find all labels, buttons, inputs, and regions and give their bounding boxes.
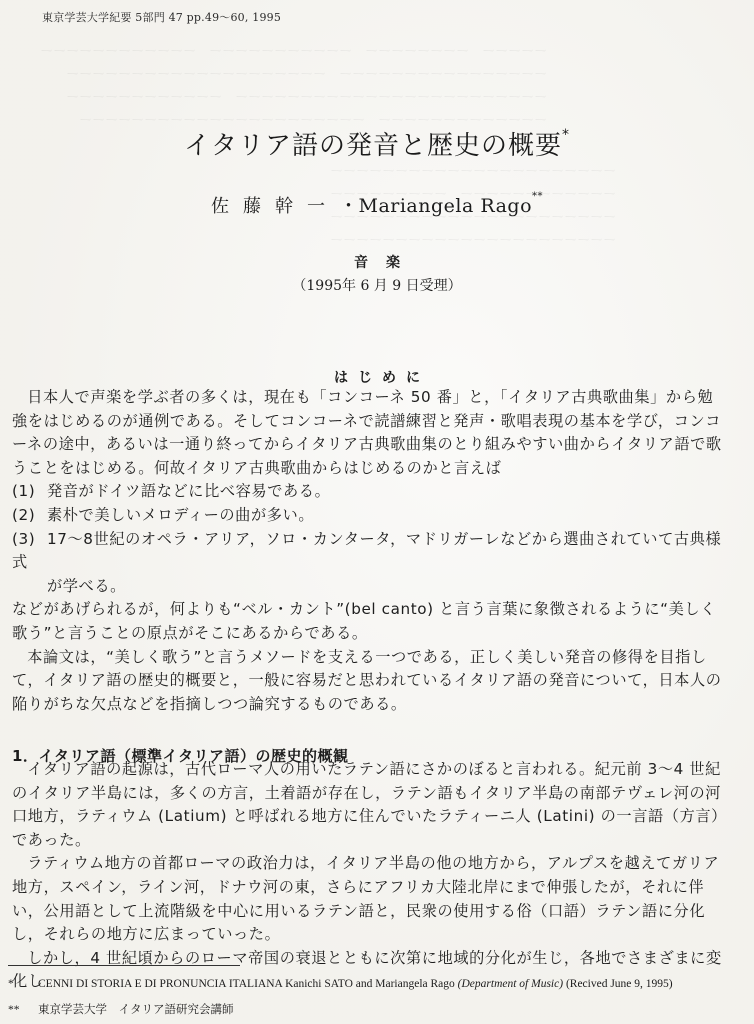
intro-paragraph-1: 日本人で声楽を学ぶ者の多くは，現在も「コンコーネ 50 番」と，「イタリア古典歌… [12,386,724,480]
footnote-english-title: CENNI DI STORIA E DI PRONUNCIA ITALIANA [38,978,282,990]
list-text: 素朴で美しいメロディーの曲が多い。 [47,506,314,524]
intro-list-item-1: (1)発音がドイツ語などに比べ容易である。 [12,480,724,504]
footnote-mark: * [8,978,38,990]
intro-list-item-2: (2)素朴で美しいメロディーの曲が多い。 [12,504,724,528]
list-number: (3) [12,528,47,552]
footnote-department: (Department of Music) [458,978,563,990]
list-number: (1) [12,480,47,504]
author-2-footnote-mark: ** [532,191,543,202]
intro-paragraph-3: 本論文は，“美しく歌う”と言うメソードを支える一つである，正しく美しい発音の修得… [12,646,724,717]
paper-title: イタリア語の発音と歴史の概要* [0,125,754,162]
footnote-mark: ** [8,1004,38,1016]
intro-list-item-3: (3)17～8世紀のオペラ・アリア，ソロ・カンタータ，マドリガーレなどから選曲さ… [12,528,724,575]
department: 音楽 [0,252,754,272]
scanned-page: ーーーーー ーーーーーーーー ーーーーーーーーーーー ーーーーーーーーーーーー … [0,0,754,1024]
paper-title-text: イタリア語の発音と歴史の概要 [184,131,562,161]
running-head: 東京学芸大学紀要 5部門 47 pp.49～60, 1995 [42,9,281,25]
title-footnote-mark: * [562,127,570,143]
intro-heading: はじめに [0,367,754,387]
intro-body: 日本人で声楽を学ぶ者の多くは，現在も「コンコーネ 50 番」と，「イタリア古典歌… [12,386,724,716]
intro-paragraph-2: などがあげられるが，何よりも“ベル・カント”(bel canto) と言う言葉に… [12,598,724,645]
author-1: 佐藤幹一 [211,196,339,217]
author-line: 佐藤幹一・Mariangela Rago** [0,191,754,218]
author-separator: ・ [339,195,359,217]
section-1-body: イタリア語の起源は，古代ローマ人の用いたラテン語にさかのぼると言われる。紀元前 … [12,758,724,994]
footnote-authors: Kanichi SATO and Mariangela Rago [282,978,457,990]
author-2: Mariangela Rago [358,195,532,217]
section-1-paragraph-1: イタリア語の起源は，古代ローマ人の用いたラテン語にさかのぼると言われる。紀元前 … [12,758,724,852]
footnote-divider [8,965,240,966]
bleed-through-texture: ーーーーー ーーーーーーーー ーーーーーーーーーーー ーーーーーーーーーーーー … [40,40,547,132]
footnote-2: **東京学芸大学 イタリア語研究会講師 [8,1001,234,1017]
intro-list-item-3-continued: が学べる。 [12,575,724,599]
list-text: 発音がドイツ語などに比べ容易である。 [47,482,330,500]
footnote-1: *CENNI DI STORIA E DI PRONUNCIA ITALIANA… [8,978,673,990]
section-1-paragraph-2: ラティウム地方の首都ローマの政治力は，イタリア半島の他の地方から，アルプスを越え… [12,852,724,946]
received-date: （1995年 6 月 9 日受理） [0,275,754,295]
list-text: 17～8世紀のオペラ・アリア，ソロ・カンタータ，マドリガーレなどから選曲されてい… [12,530,721,572]
footnote-affiliation: 東京学芸大学 イタリア語研究会講師 [38,1004,234,1016]
footnote-received: (Recived June 9, 1995) [563,978,673,990]
list-number: (2) [12,504,47,528]
